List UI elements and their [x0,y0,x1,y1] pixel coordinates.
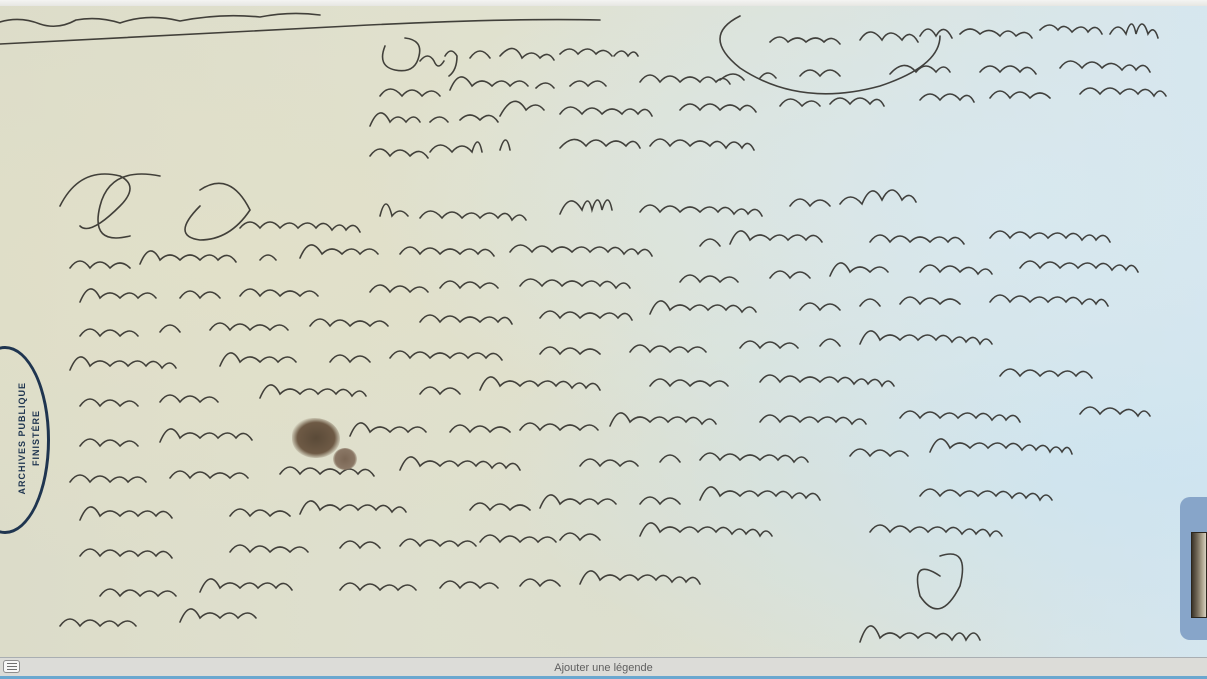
ink-stain [292,418,340,458]
menu-line [7,669,17,670]
caption-bar[interactable]: Ajouter une légende [0,657,1207,677]
handwriting-ink [0,6,1207,657]
stamp-line-1: ARCHIVES PUBLIQUE [17,382,27,495]
menu-line [7,663,17,664]
ink-stain-drop [333,448,357,470]
hamburger-menu-icon[interactable] [3,660,20,673]
thumbnail-image[interactable] [1191,532,1207,618]
stamp-line-2: FINISTÈRE [31,410,41,466]
menu-line [7,666,17,667]
document-image-viewer[interactable]: ARCHIVES PUBLIQUE FINISTÈRE [0,6,1207,657]
archive-stamp-text: ARCHIVES PUBLIQUE FINISTÈRE [6,358,52,518]
add-caption-placeholder[interactable]: Ajouter une légende [554,662,652,674]
